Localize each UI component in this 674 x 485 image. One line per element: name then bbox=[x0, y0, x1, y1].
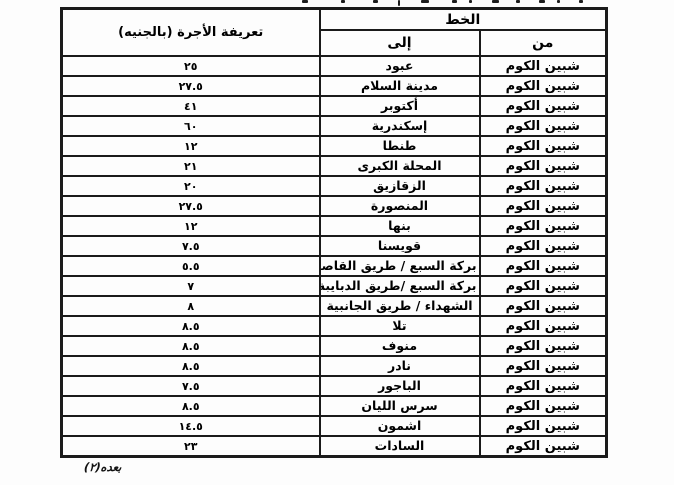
cell-to: أكتوبر bbox=[320, 96, 480, 116]
cell-fare: ٢٧.٥ bbox=[62, 76, 320, 96]
cell-from: شبين الكوم bbox=[480, 296, 607, 316]
text-fragment-mark bbox=[516, 0, 520, 3]
cell-from: شبين الكوم bbox=[480, 156, 607, 176]
cell-to: إسكندرية bbox=[320, 116, 480, 136]
header-line-group: الخط bbox=[320, 9, 607, 31]
table-row: شبين الكوم الباجور ٧.٥ bbox=[62, 376, 607, 396]
cell-fare: ٨.٥ bbox=[62, 336, 320, 356]
cell-to: الشهداء / طريق الجانبية bbox=[320, 296, 480, 316]
cell-from: شبين الكوم bbox=[480, 196, 607, 216]
cell-from: شبين الكوم bbox=[480, 136, 607, 156]
text-fragment-mark bbox=[421, 0, 429, 3]
cell-fare: ٥.٥ bbox=[62, 256, 320, 276]
cell-to: المحلة الكبرى bbox=[320, 156, 480, 176]
text-fragment-mark bbox=[341, 0, 345, 3]
header-row-line: الخط تعريفة الأجرة (بالجنيه) bbox=[62, 9, 607, 31]
cell-fare: ٧.٥ bbox=[62, 376, 320, 396]
table-row: شبين الكوم إسكندرية ٦٠ bbox=[62, 116, 607, 136]
text-fragment-mark bbox=[539, 0, 545, 3]
table-row: شبين الكوم نادر ٨.٥ bbox=[62, 356, 607, 376]
cell-fare: ٧ bbox=[62, 276, 320, 296]
cell-from: شبين الكوم bbox=[480, 436, 607, 457]
cell-to: قويسنا bbox=[320, 236, 480, 256]
cell-to: بركة السبع / طريق القاصد bbox=[320, 256, 480, 276]
cell-from: شبين الكوم bbox=[480, 76, 607, 96]
table-row: شبين الكوم اشمون ١٤.٥ bbox=[62, 416, 607, 436]
text-fragment-mark bbox=[373, 0, 378, 3]
cell-to: الباجور bbox=[320, 376, 480, 396]
table-row: شبين الكوم أكتوبر ٤١ bbox=[62, 96, 607, 116]
table-row: شبين الكوم بركة السبع / طريق القاصد ٥.٥ bbox=[62, 256, 607, 276]
cell-from: شبين الكوم bbox=[480, 396, 607, 416]
cell-to: عبود bbox=[320, 56, 480, 76]
cell-fare: ٧.٥ bbox=[62, 236, 320, 256]
cell-from: شبين الكوم bbox=[480, 336, 607, 356]
cell-from: شبين الكوم bbox=[480, 176, 607, 196]
cell-to: سرس الليان bbox=[320, 396, 480, 416]
text-fragment-mark bbox=[557, 0, 560, 3]
header-fare: تعريفة الأجرة (بالجنيه) bbox=[62, 9, 320, 57]
cell-to: بركة السبع /طريق الدبايبة bbox=[320, 276, 480, 296]
cell-from: شبين الكوم bbox=[480, 416, 607, 436]
cell-to: طنطا bbox=[320, 136, 480, 156]
cell-fare: ٢٧.٥ bbox=[62, 196, 320, 216]
cell-from: شبين الكوم bbox=[480, 316, 607, 336]
header-to: إلى bbox=[320, 30, 480, 56]
cell-from: شبين الكوم bbox=[480, 256, 607, 276]
fare-table-body: شبين الكوم عبود ٢٥ شبين الكوم مدينة السل… bbox=[62, 56, 607, 457]
text-fragment-mark bbox=[452, 0, 457, 3]
table-row: شبين الكوم بركة السبع /طريق الدبايبة ٧ bbox=[62, 276, 607, 296]
cell-to: منوف bbox=[320, 336, 480, 356]
cell-fare: ٦٠ bbox=[62, 116, 320, 136]
cell-fare: ١٢ bbox=[62, 216, 320, 236]
cell-to: المنصورة bbox=[320, 196, 480, 216]
table-row: شبين الكوم عبود ٢٥ bbox=[62, 56, 607, 76]
cell-to: مدينة السلام bbox=[320, 76, 480, 96]
cell-to: الزقازيق bbox=[320, 176, 480, 196]
cell-to: تلا bbox=[320, 316, 480, 336]
cell-from: شبين الكوم bbox=[480, 216, 607, 236]
continuation-note: بعده(٢) bbox=[83, 460, 122, 474]
table-row: شبين الكوم تلا ٨.٥ bbox=[62, 316, 607, 336]
table-row: شبين الكوم المحلة الكبرى ٢١ bbox=[62, 156, 607, 176]
cell-from: شبين الكوم bbox=[480, 276, 607, 296]
table-row: شبين الكوم منوف ٨.٥ bbox=[62, 336, 607, 356]
table-row: شبين الكوم الشهداء / طريق الجانبية ٨ bbox=[62, 296, 607, 316]
fare-table-header: الخط تعريفة الأجرة (بالجنيه) من إلى bbox=[62, 9, 607, 57]
cell-from: شبين الكوم bbox=[480, 116, 607, 136]
cell-fare: ٤١ bbox=[62, 96, 320, 116]
table-row: شبين الكوم سرس الليان ٨.٥ bbox=[62, 396, 607, 416]
cell-from: شبين الكوم bbox=[480, 236, 607, 256]
cell-fare: ٢٣ bbox=[62, 436, 320, 457]
table-row: شبين الكوم بنها ١٢ bbox=[62, 216, 607, 236]
table-row: شبين الكوم السادات ٢٣ bbox=[62, 436, 607, 457]
cell-from: شبين الكوم bbox=[480, 376, 607, 396]
cell-fare: ١٢ bbox=[62, 136, 320, 156]
cell-fare: ٨.٥ bbox=[62, 396, 320, 416]
cell-to: السادات bbox=[320, 436, 480, 457]
text-fragment-mark bbox=[469, 0, 472, 3]
cell-fare: ٢١ bbox=[62, 156, 320, 176]
cell-fare: ٨ bbox=[62, 296, 320, 316]
text-fragment-mark bbox=[492, 0, 499, 3]
table-row: شبين الكوم طنطا ١٢ bbox=[62, 136, 607, 156]
scanned-page: الخط تعريفة الأجرة (بالجنيه) من إلى شبين… bbox=[0, 0, 674, 485]
cell-to: بنها bbox=[320, 216, 480, 236]
table-row: شبين الكوم مدينة السلام ٢٧.٥ bbox=[62, 76, 607, 96]
header-from: من bbox=[480, 30, 607, 56]
table-row: شبين الكوم المنصورة ٢٧.٥ bbox=[62, 196, 607, 216]
table-row: شبين الكوم الزقازيق ٢٠ bbox=[62, 176, 607, 196]
cell-fare: ٨.٥ bbox=[62, 316, 320, 336]
text-fragment-mark bbox=[579, 0, 583, 3]
cell-from: شبين الكوم bbox=[480, 96, 607, 116]
cell-from: شبين الكوم bbox=[480, 356, 607, 376]
text-fragment-mark bbox=[302, 0, 308, 3]
cell-fare: ٢٠ bbox=[62, 176, 320, 196]
cell-fare: ١٤.٥ bbox=[62, 416, 320, 436]
cell-to: اشمون bbox=[320, 416, 480, 436]
fare-table: الخط تعريفة الأجرة (بالجنيه) من إلى شبين… bbox=[60, 7, 608, 458]
cell-fare: ٢٥ bbox=[62, 56, 320, 76]
cell-from: شبين الكوم bbox=[480, 56, 607, 76]
text-fragment-mark bbox=[398, 0, 400, 6]
table-row: شبين الكوم قويسنا ٧.٥ bbox=[62, 236, 607, 256]
cell-fare: ٨.٥ bbox=[62, 356, 320, 376]
cell-to: نادر bbox=[320, 356, 480, 376]
